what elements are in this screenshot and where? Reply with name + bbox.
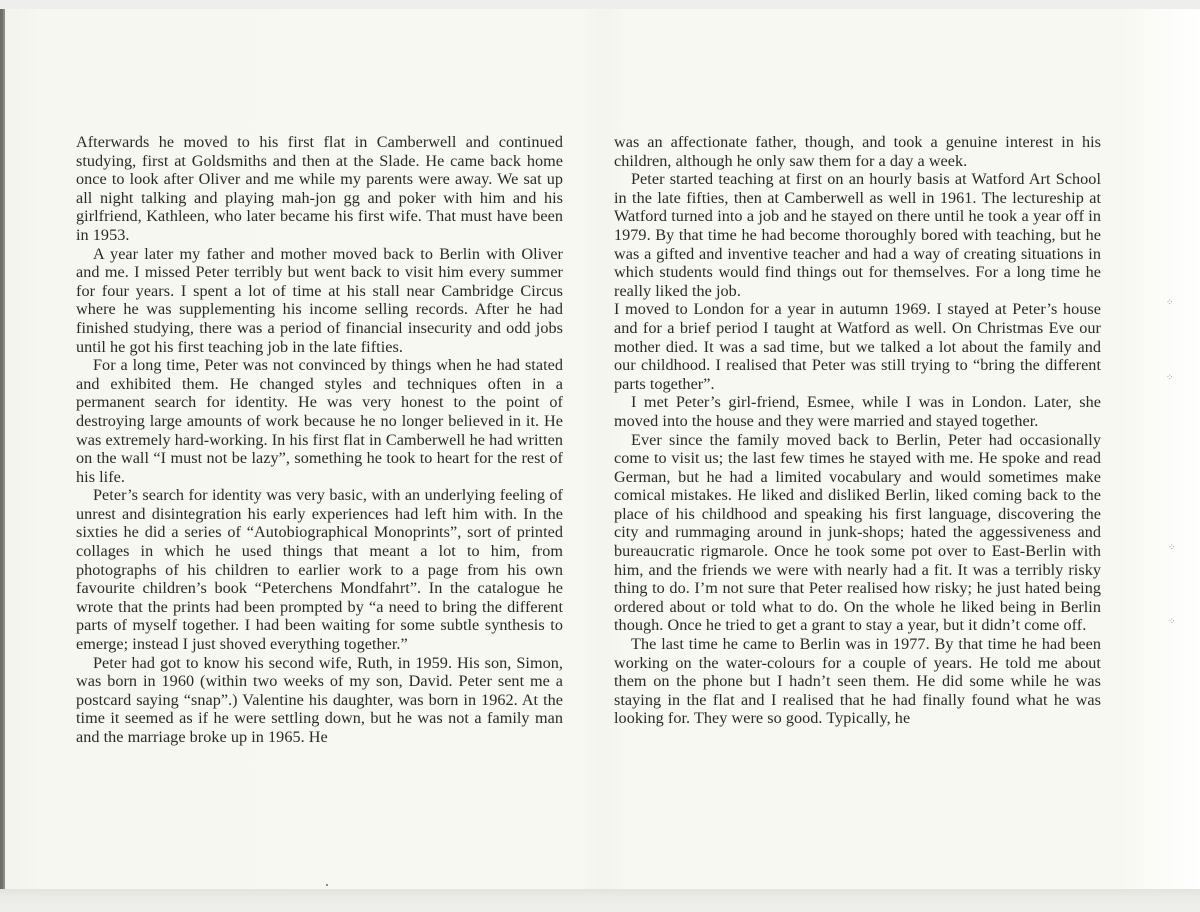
paragraph: For a long time, Peter was not convinced… <box>76 356 563 486</box>
paragraph: Afterwards he moved to his first flat in… <box>76 133 563 245</box>
paragraph: I met Peter’s girl-friend, Esmee, while … <box>614 393 1101 430</box>
paragraph: The last time he came to Berlin was in 1… <box>614 635 1101 728</box>
right-page-column: was an affectionate father, though, and … <box>614 133 1101 728</box>
paragraph: Peter started teaching at first on an ho… <box>614 170 1101 300</box>
binding-mark: ⁘ <box>1166 373 1172 377</box>
scan-bottom-margin <box>0 889 1200 912</box>
paragraph: Peter had got to know his second wife, R… <box>76 654 563 747</box>
binding-mark: ⁘ <box>1168 543 1174 547</box>
paper-speck <box>326 884 328 886</box>
paragraph: was an affectionate father, though, and … <box>614 133 1101 170</box>
binding-mark: ⁘ <box>1168 617 1174 621</box>
paragraph: A year later my father and mother moved … <box>76 245 563 357</box>
binding-mark: ⁘ <box>1166 298 1172 302</box>
paragraph: Ever since the family moved back to Berl… <box>614 431 1101 636</box>
left-page-column: Afterwards he moved to his first flat in… <box>76 133 563 747</box>
paragraph: Peter’s search for identity was very bas… <box>76 486 563 653</box>
paragraph: I moved to London for a year in autumn 1… <box>614 300 1101 393</box>
